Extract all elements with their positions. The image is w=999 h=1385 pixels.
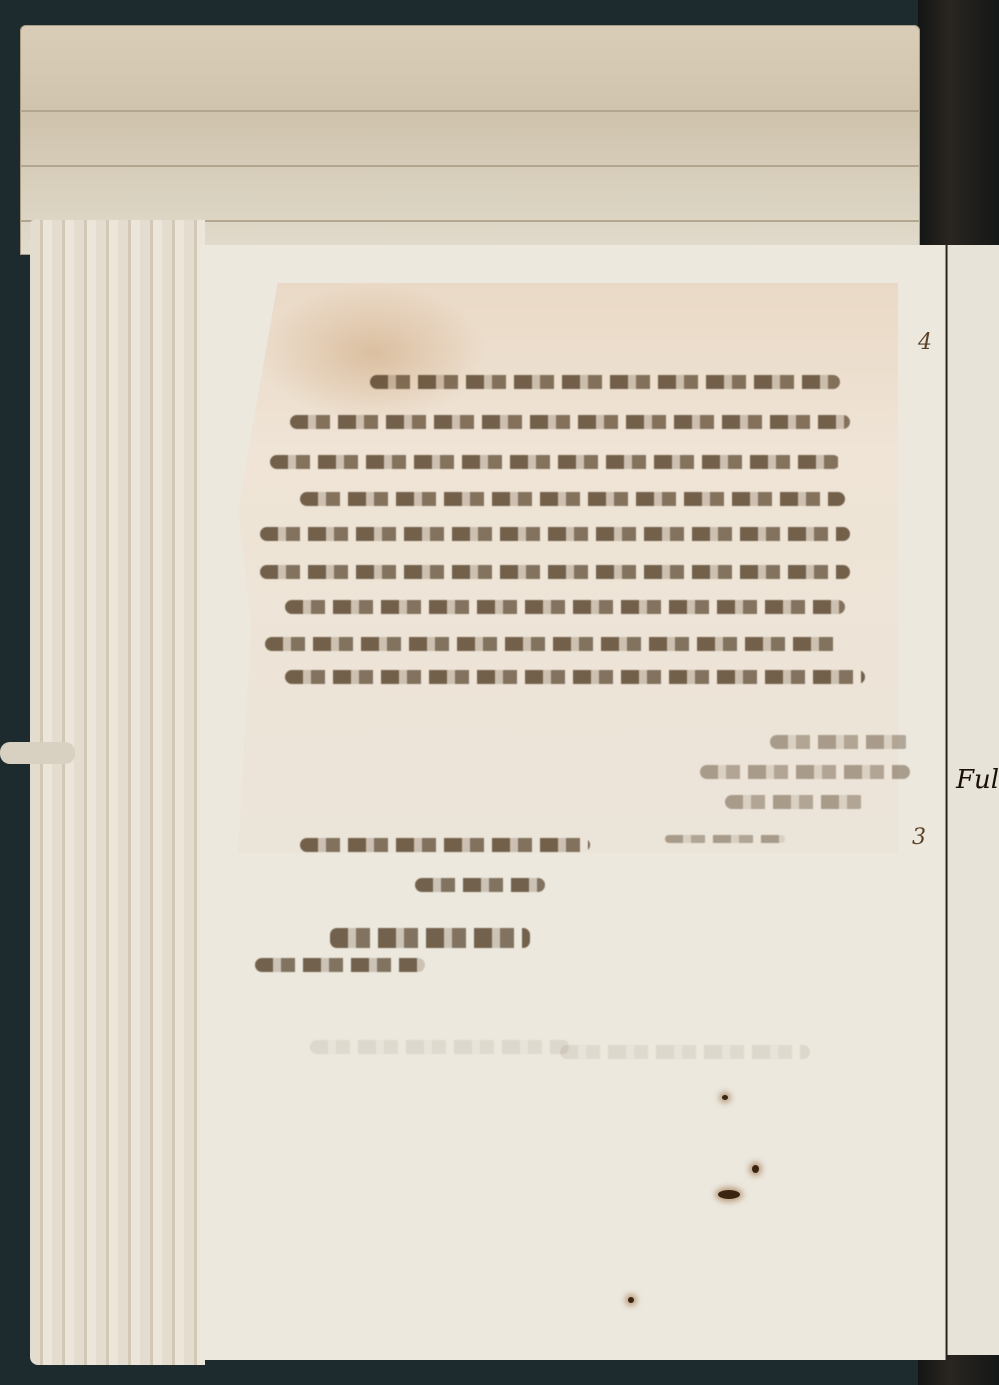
facing-page-fragment: Ful <box>956 765 999 795</box>
paper-layer-edge <box>20 165 920 167</box>
ink-spot <box>752 1165 759 1173</box>
margin-number: 3 <box>912 825 926 850</box>
paper-layer-edge <box>20 110 920 112</box>
binding-string <box>0 742 75 764</box>
ink-spot <box>718 1190 740 1199</box>
facing-page: Ful <box>947 245 999 1355</box>
folio-number: 4 <box>918 330 932 355</box>
ink-spot <box>722 1095 728 1100</box>
water-stain <box>258 283 488 423</box>
ink-spot <box>628 1297 634 1303</box>
page-edges-stack <box>30 220 205 1365</box>
